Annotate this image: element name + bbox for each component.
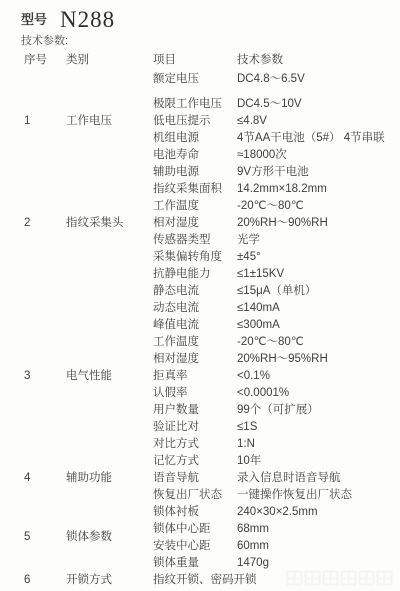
table-row: 记忆方式10年 bbox=[21, 453, 400, 470]
seq-cell bbox=[21, 181, 66, 198]
table-row: 相对湿度20%RH～95%RH bbox=[21, 351, 400, 368]
item-cell: 安装中心距 bbox=[153, 538, 237, 555]
category-cell bbox=[66, 147, 153, 164]
table-row: 工作温度-20℃～80℃ bbox=[21, 334, 400, 351]
seq-cell bbox=[21, 71, 66, 88]
value-cell: 1470g bbox=[237, 555, 400, 572]
table-row: 辅助电源9V方形干电池 bbox=[21, 164, 400, 181]
item-cell: 对比方式 bbox=[153, 436, 237, 453]
item-cell: 相对湿度 bbox=[153, 215, 237, 232]
item-cell: 极限工作电压 bbox=[153, 96, 237, 113]
value-cell: <0.0001% bbox=[237, 385, 400, 402]
value-cell: 60mm bbox=[237, 538, 400, 555]
item-cell: 锁体重量 bbox=[153, 555, 237, 572]
category-cell bbox=[66, 300, 153, 317]
seq-cell bbox=[21, 96, 66, 113]
category-cell bbox=[66, 198, 153, 215]
seq-cell bbox=[21, 283, 66, 300]
seq-cell: 2 bbox=[21, 215, 66, 232]
table-row: 抗静电能力≤1±15KV bbox=[21, 266, 400, 283]
value-cell: 20%RH～90%RH bbox=[237, 215, 400, 232]
value-cell: ≤15μA（单机） bbox=[237, 283, 400, 300]
seq-cell bbox=[21, 232, 66, 249]
table-row: 传感器类型光学 bbox=[21, 232, 400, 249]
table-row: 3电气性能拒真率<0.1% bbox=[21, 368, 400, 385]
item-cell: 指纹开锁、密码开锁 bbox=[153, 572, 237, 589]
value-cell: 99个（可扩展） bbox=[237, 402, 400, 419]
value-cell: DC4.8～6.5V bbox=[237, 71, 400, 88]
item-cell: 动态电流 bbox=[153, 300, 237, 317]
table-row: 采集偏转角度±45° bbox=[21, 249, 400, 266]
category-cell bbox=[66, 71, 153, 88]
value-cell: <0.1% bbox=[237, 368, 400, 385]
value-cell: DC4.5～10V bbox=[237, 96, 400, 113]
value-cell: ±45° bbox=[237, 249, 400, 266]
item-cell: 传感器类型 bbox=[153, 232, 237, 249]
value-cell: ≤140mA bbox=[237, 300, 400, 317]
table-header-row: 序号 类别 项目 技术参数 bbox=[21, 51, 400, 69]
category-cell bbox=[66, 436, 153, 453]
table-row: 对比方式1:N bbox=[21, 436, 400, 453]
table-row: 指纹采集面积14.2mm×18.2mm bbox=[21, 181, 400, 198]
seq-cell bbox=[21, 402, 66, 419]
table-row: 用户数量99个（可扩展） bbox=[21, 402, 400, 419]
value-cell: 14.2mm×18.2mm bbox=[237, 181, 400, 198]
table-row: 电池寿命≈18000次 bbox=[21, 147, 400, 164]
table-row: 动态电流≤140mA bbox=[21, 300, 400, 317]
value-cell: 9V方形干电池 bbox=[237, 164, 400, 181]
category-cell bbox=[66, 453, 153, 470]
table-row: 机组电源4节AA干电池（5#） 4节串联 bbox=[21, 130, 400, 147]
category-cell bbox=[66, 249, 153, 266]
table-row: 2指纹采集头相对湿度20%RH～90%RH bbox=[21, 215, 400, 232]
category-cell: 开锁方式 bbox=[66, 572, 153, 589]
seq-cell bbox=[21, 249, 66, 266]
value-cell: -20℃～80℃ bbox=[237, 334, 400, 351]
category-cell bbox=[66, 419, 153, 436]
item-cell: 用户数量 bbox=[153, 402, 237, 419]
value-cell: ≤300mA bbox=[237, 317, 400, 334]
seq-cell bbox=[21, 300, 66, 317]
seq-cell bbox=[21, 385, 66, 402]
seq-cell bbox=[21, 198, 66, 215]
category-cell bbox=[66, 130, 153, 147]
category-cell bbox=[66, 317, 153, 334]
item-cell: 锁体中心距 bbox=[153, 521, 237, 538]
value-cell: 240×30×2.5mm bbox=[237, 504, 400, 521]
category-cell bbox=[66, 266, 153, 283]
category-cell: 电气性能 bbox=[66, 368, 153, 385]
item-cell: 机组电源 bbox=[153, 130, 237, 147]
seq-cell bbox=[21, 436, 66, 453]
seq-cell: 4 bbox=[21, 470, 66, 487]
item-cell: 验证比对 bbox=[153, 419, 237, 436]
item-cell: 峰值电流 bbox=[153, 317, 237, 334]
seq-cell bbox=[21, 419, 66, 436]
value-cell: 10年 bbox=[237, 453, 400, 470]
spec-sheet: 型号N288 技术参数: 序号 类别 项目 技术参数 额定电压DC4.8～6.5… bbox=[0, 0, 400, 591]
header-value: 技术参数 bbox=[237, 51, 400, 69]
table-body: 额定电压DC4.8～6.5V极限工作电压DC4.5～10V1工作电压低电压提示≤… bbox=[21, 71, 400, 589]
table-row: 静态电流≤15μA（单机） bbox=[21, 283, 400, 300]
seq-cell bbox=[21, 266, 66, 283]
seq-cell bbox=[21, 351, 66, 368]
item-cell: 记忆方式 bbox=[153, 453, 237, 470]
table-row: 极限工作电压DC4.5～10V bbox=[21, 96, 400, 113]
table-row: 恢复出厂状态一键操作恢复出厂状态 bbox=[21, 487, 400, 504]
header-item: 项目 bbox=[153, 51, 237, 69]
value-cell: 录入信息时语音导航 bbox=[237, 470, 400, 487]
item-cell: 额定电压 bbox=[153, 71, 237, 88]
value-cell: ≤1S bbox=[237, 419, 400, 436]
item-cell: 拒真率 bbox=[153, 368, 237, 385]
value-cell: ≤4.8V bbox=[237, 113, 400, 130]
value-cell: 一键操作恢复出厂状态 bbox=[237, 487, 400, 504]
table-row: 工作温度-20℃～80℃ bbox=[21, 198, 400, 215]
category-cell bbox=[66, 487, 153, 504]
category-cell bbox=[66, 334, 153, 351]
table-row: 4辅助功能语音导航录入信息时语音导航 bbox=[21, 470, 400, 487]
table-row: 额定电压DC4.8～6.5V bbox=[21, 71, 400, 88]
seq-cell bbox=[21, 147, 66, 164]
watermark bbox=[287, 571, 392, 585]
category-cell bbox=[66, 504, 153, 521]
value-cell: 光学 bbox=[237, 232, 400, 249]
seq-cell: 6 bbox=[21, 572, 66, 589]
seq-cell bbox=[21, 453, 66, 470]
category-cell bbox=[66, 232, 153, 249]
table-row: 1工作电压低电压提示≤4.8V bbox=[21, 113, 400, 130]
value-cell: 1:N bbox=[237, 436, 400, 453]
value-cell: 20%RH～95%RH bbox=[237, 351, 400, 368]
header-seq: 序号 bbox=[21, 51, 66, 69]
item-cell: 电池寿命 bbox=[153, 147, 237, 164]
item-cell: 辅助电源 bbox=[153, 164, 237, 181]
model-label: 型号 bbox=[21, 12, 47, 27]
seq-cell: 5 bbox=[21, 529, 66, 546]
category-cell bbox=[66, 96, 153, 113]
table-row: 认假率<0.0001% bbox=[21, 385, 400, 402]
category-cell bbox=[66, 283, 153, 300]
item-cell: 抗静电能力 bbox=[153, 266, 237, 283]
value-cell: 4节AA干电池（5#） 4节串联 bbox=[237, 130, 400, 147]
category-cell bbox=[66, 351, 153, 368]
category-cell: 指纹采集头 bbox=[66, 215, 153, 232]
table-row: 峰值电流≤300mA bbox=[21, 317, 400, 334]
model-number: N288 bbox=[60, 7, 115, 32]
category-cell: 辅助功能 bbox=[66, 470, 153, 487]
seq-cell: 1 bbox=[21, 113, 66, 130]
seq-cell bbox=[21, 317, 66, 334]
spec-table: 序号 类别 项目 技术参数 额定电压DC4.8～6.5V极限工作电压DC4.5～… bbox=[21, 51, 400, 589]
title-row: 型号N288 bbox=[21, 6, 400, 34]
seq-cell bbox=[21, 504, 66, 521]
item-cell: 工作温度 bbox=[153, 198, 237, 215]
category-cell bbox=[66, 385, 153, 402]
value-cell: -20℃～80℃ bbox=[237, 198, 400, 215]
item-cell: 锁体衬板 bbox=[153, 504, 237, 521]
seq-cell bbox=[21, 487, 66, 504]
category-cell: 工作电压 bbox=[66, 113, 153, 130]
item-cell: 采集偏转角度 bbox=[153, 249, 237, 266]
table-row: 验证比对≤1S bbox=[21, 419, 400, 436]
item-cell: 指纹采集面积 bbox=[153, 181, 237, 198]
item-cell: 工作温度 bbox=[153, 334, 237, 351]
category-cell bbox=[66, 402, 153, 419]
value-cell: ≈18000次 bbox=[237, 147, 400, 164]
table-row: 锁体重量1470g bbox=[21, 555, 400, 572]
header-category: 类别 bbox=[66, 51, 153, 69]
item-cell: 低电压提示 bbox=[153, 113, 237, 130]
seq-cell bbox=[21, 130, 66, 147]
item-cell: 认假率 bbox=[153, 385, 237, 402]
category-cell bbox=[66, 164, 153, 181]
item-cell: 语音导航 bbox=[153, 470, 237, 487]
category-cell bbox=[66, 181, 153, 198]
item-cell: 恢复出厂状态 bbox=[153, 487, 237, 504]
value-cell: 68mm bbox=[237, 521, 400, 538]
category-cell bbox=[66, 555, 153, 572]
value-cell: ≤1±15KV bbox=[237, 266, 400, 283]
item-cell: 相对湿度 bbox=[153, 351, 237, 368]
seq-cell bbox=[21, 555, 66, 572]
seq-cell bbox=[21, 164, 66, 181]
category-cell: 锁体参数 bbox=[66, 529, 153, 546]
seq-cell: 3 bbox=[21, 368, 66, 385]
section-label: 技术参数: bbox=[21, 35, 71, 48]
seq-cell bbox=[21, 334, 66, 351]
table-row: 锁体衬板240×30×2.5mm bbox=[21, 504, 400, 521]
item-cell: 静态电流 bbox=[153, 283, 237, 300]
table-row: 5锁体参数锁体中心距68mm bbox=[21, 521, 400, 538]
